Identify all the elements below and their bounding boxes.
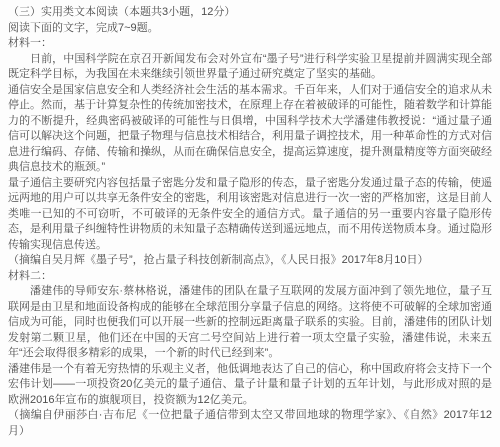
document-page: （三）实用类文本阅读（本题共3小题，12分） 阅读下面的文字，完成7~9题。 材… (0, 0, 500, 447)
material-1-paragraph-2: 通信安全是国家信息安全和人类经济社会生活的基本需求。千百年来，人们对于通信安全的… (8, 83, 492, 176)
material-1-citation: （摘编自吴月辉《墨子号”，抢占量子科技创新制高点》，《人民日报》2017年8月1… (8, 253, 492, 269)
section-heading: （三）实用类文本阅读（本题共3小题，12分） (8, 5, 492, 21)
material-1-label: 材料一： (8, 36, 492, 52)
material-1-paragraph-3: 量子通信主要研究内容包括量子密匙分发和量子隐形的传态，量子密匙分发通过量子态的传… (8, 176, 492, 254)
material-2-paragraph-1: 潘建伟的导师安东·蔡林格说，潘建伟的团队在量子互联网的发展方面冲到了领先地位，量… (8, 284, 492, 362)
instruction-line: 阅读下面的文字，完成7~9题。 (8, 21, 492, 37)
material-2-citation: （摘编自伊丽莎白·吉布尼《一位把量子通信带到太空又带回地球的物理学家》、《自然》… (8, 408, 492, 439)
material-1-paragraph-1: 日前，中国科学院在京召开新闻发布会对外宣布“墨子号”进行科学实验卫星提前并圆满实… (8, 52, 492, 83)
material-2-paragraph-2: 潘建伟是一个有着无穷热情的乐观主义者，他低调地表达了自己的信心，称中国政府将会支… (8, 362, 492, 409)
material-2-label: 材料二： (8, 269, 492, 285)
